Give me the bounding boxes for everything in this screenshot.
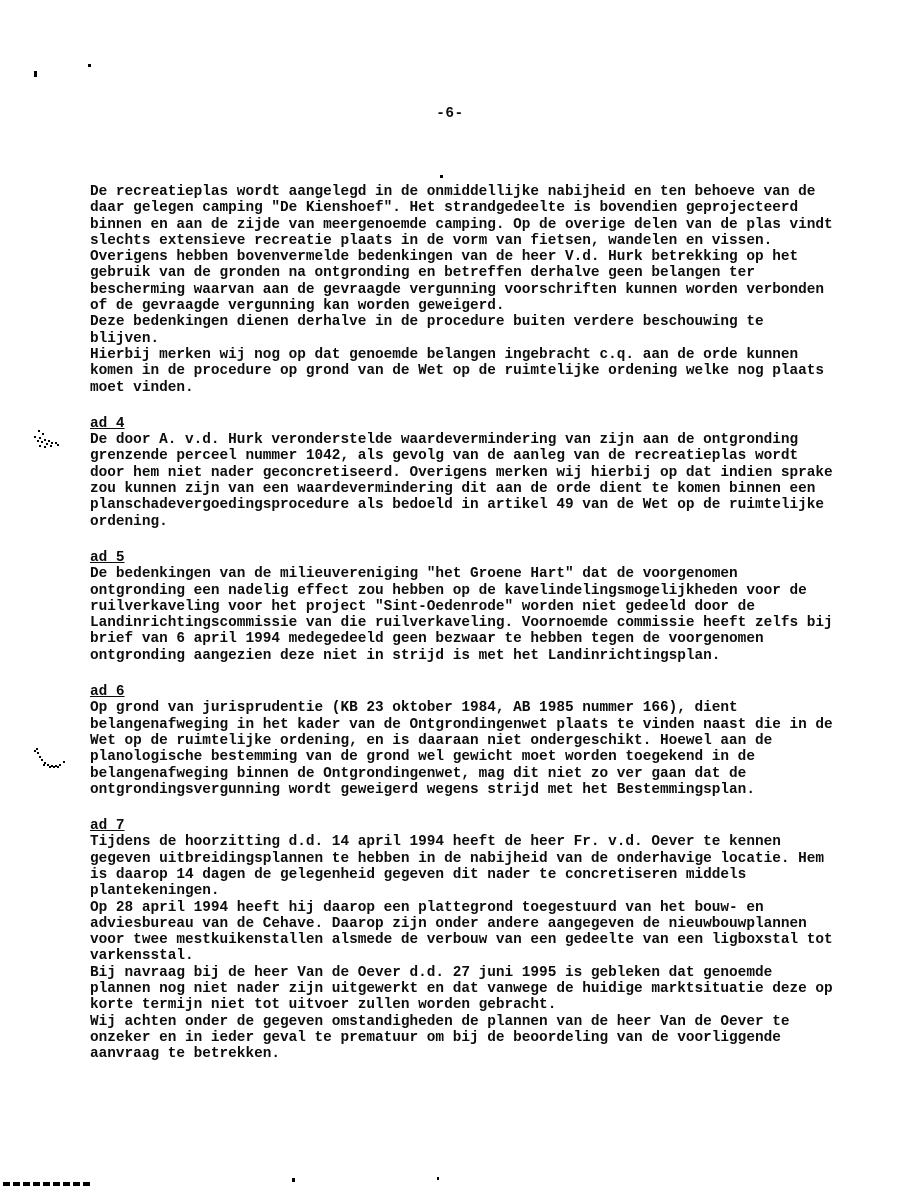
text-line: is daarop 14 dagen de gelegenheid gegeve… [90, 867, 880, 883]
text-line: Landinrichtingscommissie van die ruilver… [90, 615, 880, 631]
text-line: planschadevergoedingsprocedure als bedoe… [90, 497, 880, 513]
scan-speck [292, 1178, 295, 1182]
document-section: ad 4De door A. v.d. Hurk veronderstelde … [90, 416, 880, 530]
text-line: brief van 6 april 1994 medegedeeld geen … [90, 631, 880, 647]
section-heading: ad 4 [90, 416, 880, 432]
document-section: ad 7Tijdens de hoorzitting d.d. 14 april… [90, 818, 880, 1062]
text-line: De door A. v.d. Hurk veronderstelde waar… [90, 432, 880, 448]
text-line: Deze bedenkingen dienen derhalve in de p… [90, 314, 880, 330]
text-line: korte termijn niet tot uitvoer zullen wo… [90, 997, 880, 1013]
text-line: De bedenkingen van de milieuvereniging "… [90, 566, 880, 582]
text-line: slechts extensieve recreatie plaats in d… [90, 233, 880, 249]
document-section: ad 5De bedenkingen van de milieuverenigi… [90, 550, 880, 664]
text-line: varkensstal. [90, 948, 880, 964]
text-line: plannen nog niet nader zijn uitgewerkt e… [90, 981, 880, 997]
text-line: belangenafweging binnen de Ontgrondingen… [90, 766, 880, 782]
text-line: ontgrondingsvergunning wordt geweigerd w… [90, 782, 880, 798]
text-line: of de gevraagde vergunning kan worden ge… [90, 298, 880, 314]
scan-speck [440, 175, 443, 178]
text-line: De recreatieplas wordt aangelegd in de o… [90, 184, 880, 200]
text-line: Tijdens de hoorzitting d.d. 14 april 199… [90, 834, 880, 850]
scanned-document: { "document": { "page_number": "-6-", "s… [0, 0, 900, 1186]
text-line: Wet op de ruimtelijke ordening, en is da… [90, 733, 880, 749]
ink-smudge [38, 430, 40, 432]
text-line: Bij navraag bij de heer Van de Oever d.d… [90, 965, 880, 981]
document-body: De recreatieplas wordt aangelegd in de o… [90, 184, 880, 1063]
text-line: ontgronding aangezien deze niet in strij… [90, 648, 880, 664]
text-line: belangenafweging in het kader van de Ont… [90, 717, 880, 733]
text-line: planologische bestemming van de grond we… [90, 749, 880, 765]
section-heading: ad 5 [90, 550, 880, 566]
text-line: komen in de procedure op grond van de We… [90, 363, 880, 379]
text-line: daar gelegen camping "De Kienshoef". Het… [90, 200, 880, 216]
text-line: aanvraag te betrekken. [90, 1046, 880, 1062]
text-line: plantekeningen. [90, 883, 880, 899]
ink-smudge [36, 748, 38, 750]
text-line: onzeker en in ieder geval te prematuur o… [90, 1030, 880, 1046]
scan-speck [88, 64, 91, 67]
document-section: De recreatieplas wordt aangelegd in de o… [90, 184, 880, 396]
text-line: moet vinden. [90, 380, 880, 396]
text-line: grenzende perceel nummer 1042, als gevol… [90, 448, 880, 464]
section-heading: ad 7 [90, 818, 880, 834]
text-line: Overigens hebben bovenvermelde bedenking… [90, 249, 880, 265]
scan-speck [34, 71, 37, 77]
text-line: Op 28 april 1994 heeft hij daarop een pl… [90, 900, 880, 916]
text-line: blijven. [90, 331, 880, 347]
page-number: -6- [0, 106, 900, 122]
text-line: gegeven uitbreidingsplannen te hebben in… [90, 851, 880, 867]
scan-speck [437, 1177, 439, 1180]
text-line: adviesbureau van de Cehave. Daarop zijn … [90, 916, 880, 932]
scan-edge-dashes [3, 1182, 91, 1186]
text-line: bescherming waarvan aan de gevraagde ver… [90, 282, 880, 298]
text-line: ontgronding een nadelig effect zou hebbe… [90, 583, 880, 599]
text-line: Hierbij merken wij nog op dat genoemde b… [90, 347, 880, 363]
text-line: zou kunnen zijn van een waardeverminderi… [90, 481, 880, 497]
text-line: gebruik van de gronden na ontgronding en… [90, 265, 880, 281]
section-heading: ad 6 [90, 684, 880, 700]
text-line: binnen en aan de zijde van meergenoemde … [90, 217, 880, 233]
document-section: ad 6Op grond van jurisprudentie (KB 23 o… [90, 684, 880, 798]
text-line: ordening. [90, 514, 880, 530]
document-page: -6- De recreatieplas wordt aangelegd in … [0, 0, 900, 1186]
text-line: door hem niet nader geconcretiseerd. Ove… [90, 465, 880, 481]
text-line: Wij achten onder de gegeven omstandighed… [90, 1014, 880, 1030]
text-line: ruilverkaveling voor het project "Sint-O… [90, 599, 880, 615]
text-line: voor twee mestkuikenstallen alsmede de v… [90, 932, 880, 948]
text-line: Op grond van jurisprudentie (KB 23 oktob… [90, 700, 880, 716]
